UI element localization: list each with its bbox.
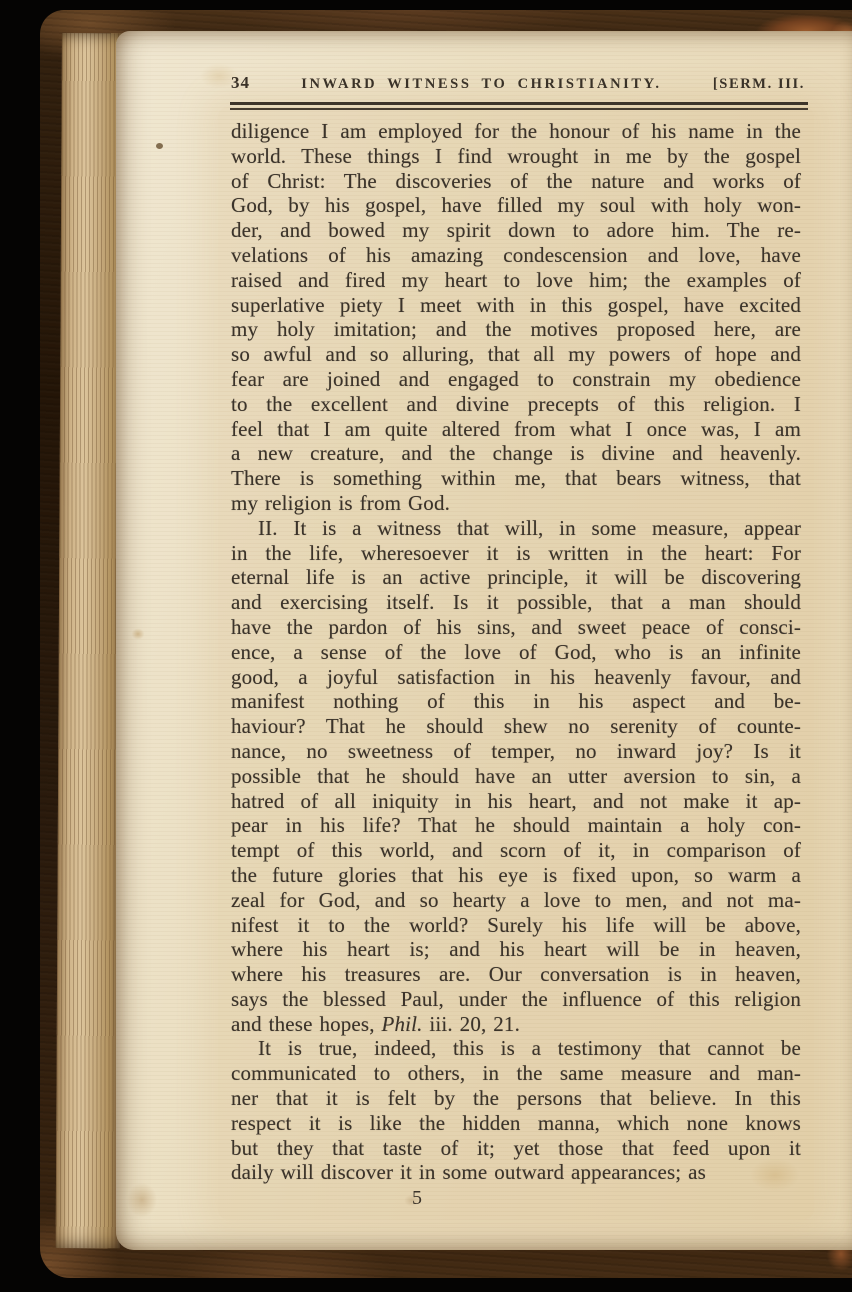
text-line: and these hopes, Phil. iii. 20, 21.	[231, 1012, 801, 1037]
book-photo: 34 INWARD WITNESS TO CHRISTIANITY. [SERM…	[0, 0, 852, 1292]
book-page: 34 INWARD WITNESS TO CHRISTIANITY. [SERM…	[116, 31, 852, 1250]
text-line: It is true, indeed, this is a testimony …	[231, 1036, 801, 1061]
running-title: INWARD WITNESS TO CHRISTIANITY.	[250, 76, 713, 93]
text-line: and exercising itself. Is it possible, t…	[231, 590, 801, 615]
text-line: nifest it to the world? Surely his life …	[231, 913, 801, 938]
text-line: my religion is from God.	[231, 491, 801, 516]
page-stain	[122, 1177, 162, 1223]
text-line: in the life, wheresoever it is written i…	[231, 541, 801, 566]
text-line: hatred of all iniquity in his heart, and…	[231, 789, 801, 814]
text-line: nance, no sweetness of temper, no inward…	[231, 739, 801, 764]
text-line: respect it is like the hidden manna, whi…	[231, 1111, 801, 1136]
text-line: superlative piety I meet with in this go…	[231, 293, 801, 318]
text-line: der, and bowed my spirit down to adore h…	[231, 218, 801, 243]
header-double-rule	[230, 102, 808, 110]
text-line: ence, a sense of the love of God, who is…	[231, 640, 801, 665]
text-line: pear in his life? That he should maintai…	[231, 813, 801, 838]
text-line: manifest nothing of this in his aspect a…	[231, 689, 801, 714]
signature-mark: 5	[231, 1187, 801, 1210]
text-line: velations of his amazing condescension a…	[231, 243, 801, 268]
text-line: feel that I am quite altered from what I…	[231, 417, 801, 442]
text-line: world. These things I find wrought in me…	[231, 144, 801, 169]
page-number: 34	[231, 73, 250, 93]
page-stain	[156, 143, 163, 149]
text-line: God, by his gospel, have filled my soul …	[231, 193, 801, 218]
text-line: of Christ: The discoveries of the nature…	[231, 169, 801, 194]
text-line: diligence I am employed for the honour o…	[231, 119, 801, 144]
page-stain	[130, 627, 146, 641]
text-line: the future glories that his eye is fixed…	[231, 863, 801, 888]
text-line: good, a joyful satisfaction in his heave…	[231, 665, 801, 690]
text-line: my holy imitation; and the motives propo…	[231, 317, 801, 342]
text-line: says the blessed Paul, under the influen…	[231, 987, 801, 1012]
text-line: have the pardon of his sins, and sweet p…	[231, 615, 801, 640]
text-line: a new creature, and the change is divine…	[231, 441, 801, 466]
text-line: so awful and so alluring, that all my po…	[231, 342, 801, 367]
text-line: possible that he should have an utter av…	[231, 764, 801, 789]
text-line: There is something within me, that bears…	[231, 466, 801, 491]
text-line: where his treasures are. Our conversatio…	[231, 962, 801, 987]
text-line: daily will discover it in some outward a…	[231, 1160, 801, 1185]
text-line: eternal life is an active principle, it …	[231, 565, 801, 590]
text-line: fear are joined and engaged to constrain…	[231, 367, 801, 392]
text-line: tempt of this world, and scorn of it, in…	[231, 838, 801, 863]
body-text: diligence I am employed for the honour o…	[231, 119, 801, 1185]
text-line: to the excellent and divine precepts of …	[231, 392, 801, 417]
text-line: but they that taste of it; yet those tha…	[231, 1136, 801, 1161]
text-line: communicated to others, in the same meas…	[231, 1061, 801, 1086]
text-line: where his heart is; and his heart will b…	[231, 937, 801, 962]
text-line: raised and fired my heart to love him; t…	[231, 268, 801, 293]
text-line: II. It is a witness that will, in some m…	[231, 516, 801, 541]
sermon-reference: [SERM. III.	[713, 76, 805, 93]
page-header: 34 INWARD WITNESS TO CHRISTIANITY. [SERM…	[231, 73, 805, 93]
text-line: zeal for God, and so hearty a love to me…	[231, 888, 801, 913]
text-line: ner that it is felt by the persons that …	[231, 1086, 801, 1111]
text-line: haviour? That he should shew no serenity…	[231, 714, 801, 739]
